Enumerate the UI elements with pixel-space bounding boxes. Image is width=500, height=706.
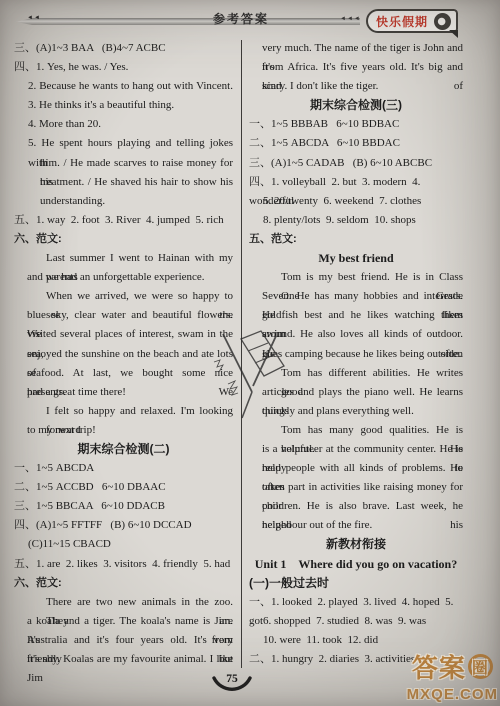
answer-line: help people with all kinds of problems. …: [262, 459, 463, 478]
answer-line: 5. 20/twenty 6. weekend 7. clothes: [263, 192, 463, 211]
answer-line: blue sky, clear water and beautiful flow…: [27, 306, 233, 325]
answers-column-left: 三、(A)1~3 BAA (B)4~7 ACBC四、1. Yes, he was…: [14, 39, 233, 669]
answer-line: 三、1~5 BBCAA 6~10 DDACB: [14, 497, 233, 516]
answer-line: 六、范文:: [14, 230, 233, 249]
answer-line: him. / He made scarves to raise money fo…: [40, 154, 233, 173]
answer-line: Unit 1 Where did you go on vacation?: [249, 555, 463, 574]
page-number-badge: 75: [203, 669, 261, 687]
answer-line: 期末综合检测(二): [14, 440, 233, 459]
ring-hole-icon: [434, 13, 451, 30]
corner-fold-icon: [449, 30, 458, 38]
answers-column-right: very much. The name of the tiger is John…: [249, 39, 463, 669]
answer-line: very much. The name of the tiger is John…: [262, 39, 463, 58]
answer-line: (一)一般过去时: [249, 574, 463, 593]
brand-badge: 快乐假期: [366, 9, 458, 33]
answer-line: it's shy. Koalas are my favourite animal…: [27, 650, 233, 669]
answer-line: goes camping because he likes being outs…: [262, 345, 463, 364]
answer-line: 8. plenty/lots 9. seldom 10. shops: [263, 211, 463, 230]
answer-line: and we had an unforgettable experience.: [27, 268, 233, 287]
answer-line: Tom has many good qualities. He is helpf…: [281, 421, 463, 440]
answer-line: children. He is also brave. Last week, h…: [262, 497, 463, 516]
site-watermark: 答案 圈 MXQE.COM: [407, 648, 498, 703]
answer-line: around. He also loves all kinds of outdo…: [262, 325, 463, 344]
answer-line: visited several places of interest, swam…: [27, 325, 233, 344]
answer-line: understanding.: [40, 192, 233, 211]
answer-line: enjoyed the sunshine on the beach and at…: [27, 345, 233, 364]
answer-line: 二、1~5 ACCBD 6~10 DBAAC: [14, 478, 233, 497]
answer-line: 新教材衔接: [249, 535, 463, 554]
answer-line: There are two new animals in the zoo. Th…: [46, 593, 233, 612]
answer-line: 五、范文:: [249, 230, 463, 249]
answer-line: 3. He thinks it's a beautiful thing.: [28, 96, 233, 115]
answer-line: My best friend: [249, 249, 463, 268]
answer-line: 4. More than 20.: [28, 115, 233, 134]
answer-line: goldfish best and he likes watching them…: [262, 306, 463, 325]
answer-line: 四、1. Yes, he was. / Yes.: [14, 58, 233, 77]
page-title: 参考答案: [213, 10, 269, 27]
watermark-brand-text: 答案: [412, 648, 466, 685]
answer-line: 五、1. way 2. foot 3. River 4. jumped 5. r…: [14, 211, 233, 230]
answer-line: to my next trip!: [27, 421, 233, 440]
page-number: 75: [226, 673, 238, 685]
watermark-brand: 答案 圈: [407, 648, 498, 685]
answer-line: a koala and a tiger. The koala's name is…: [27, 612, 233, 631]
answer-line: seafood. At last, we bought some nice pr…: [27, 364, 233, 383]
column-divider: [241, 40, 242, 668]
answer-line: (C)11~15 CBACD: [28, 535, 233, 554]
answer-line: 一、1. looked 2. played 3. lived 4. hoped …: [249, 593, 463, 612]
answer-line: When we arrived, we were so happy to see…: [46, 287, 233, 306]
answer-line: 二、1~5 ABCDA 6~10 BBDAC: [249, 134, 463, 153]
answer-line: from Africa. It's five years old. It's b…: [262, 58, 463, 77]
answer-line: treatment. / He shaved his hair to show …: [40, 173, 233, 192]
answer-line: articles and plays the piano well. He le…: [262, 383, 463, 402]
arrows-icon: ◄◄◄: [340, 16, 361, 22]
answer-line: Tom is my best friend. He is in Class On…: [281, 268, 463, 287]
answer-line: 三、(A)1~5 CADAB (B) 6~10 ABCBC: [249, 154, 463, 173]
watermark-circle-icon: 圈: [468, 654, 493, 679]
answer-line: 期末综合检测(三): [249, 96, 463, 115]
answer-line: 2. Because he wants to hang out with Vin…: [28, 77, 233, 96]
answer-line: 三、(A)1~3 BAA (B)4~7 ACBC: [14, 39, 233, 58]
answer-line: Seven. He has many hobbies and interests…: [262, 287, 463, 306]
answer-line: 六、范文:: [14, 574, 233, 593]
answer-line: Last summer I went to Hainan with my par…: [46, 249, 233, 268]
answer-line: 5. He spent hours playing and telling jo…: [28, 134, 233, 153]
header-rule-strip: [16, 18, 360, 25]
answer-line: quickly and plans everything well.: [262, 402, 463, 421]
answer-line: 一、1~5 ABCDA: [14, 459, 233, 478]
answer-line: is a volunteer at the community center. …: [262, 440, 463, 459]
answer-line: Australia and it's four years old. It's …: [27, 631, 233, 650]
answer-line: 6. shopped 7. studied 8. was 9. was: [263, 612, 463, 631]
answer-line: 四、1. volleyball 2. but 3. modern 4. wond…: [249, 173, 463, 192]
header-rule-dots-icon: ◄◄: [27, 15, 41, 21]
answer-line: 五、1. are 2. likes 3. visitors 4. friendl…: [14, 555, 233, 574]
brand-name: 快乐假期: [368, 13, 428, 30]
watermark-site: MXQE.COM: [407, 686, 498, 703]
answer-line: 一、1~5 BBBAB 6~10 BDBAC: [249, 115, 463, 134]
answer-line: I felt so happy and relaxed. I'm looking…: [46, 402, 233, 421]
answer-line: takes part in activities like raising mo…: [262, 478, 463, 497]
answer-line: Tom has different abilities. He writes g…: [281, 364, 463, 383]
answer-line: 四、(A)1~5 FFTFF (B) 6~10 DCCAD: [14, 516, 233, 535]
